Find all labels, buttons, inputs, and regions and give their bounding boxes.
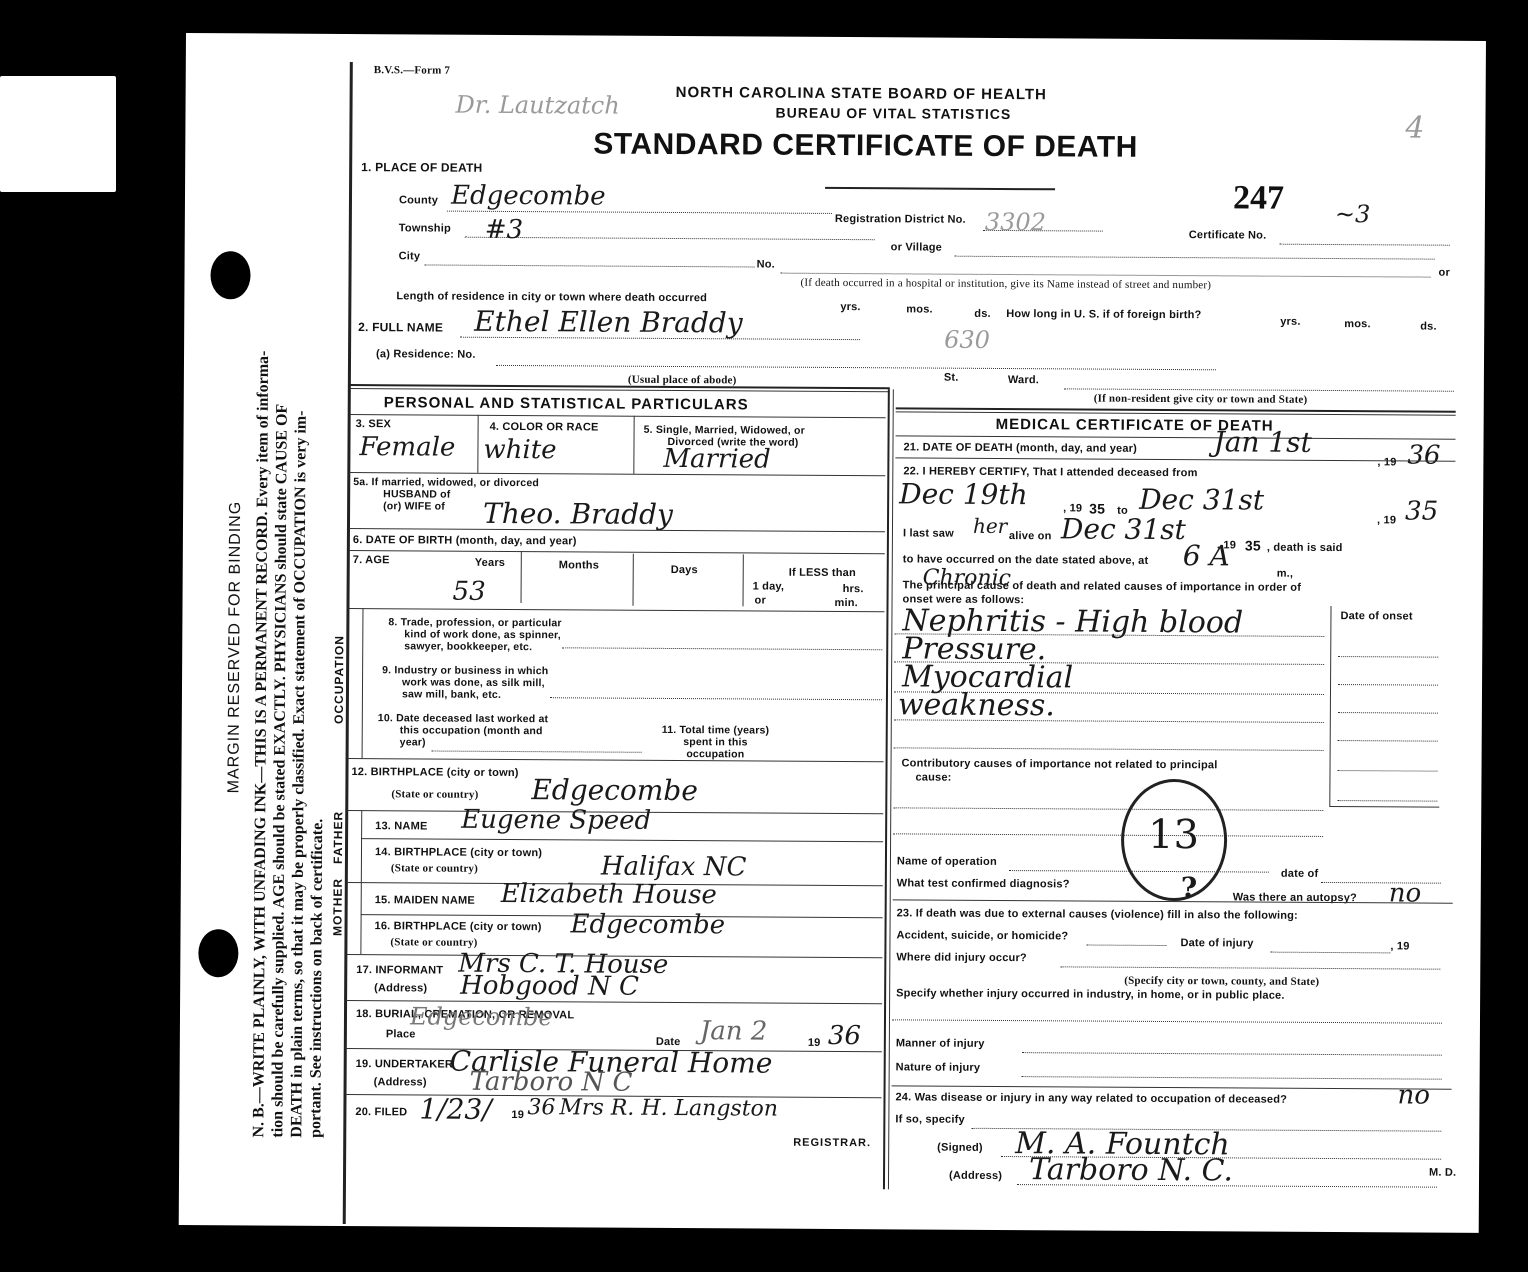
q10-line-field [432,751,642,753]
birthplace-label: 12. BIRTHPLACE (city or town) [351,766,518,779]
cell-divider [362,608,364,758]
residence-label: (a) Residence: No. [376,348,476,361]
physician-address-label: (Address) [949,1170,1002,1182]
last-saw-year: 35 [1245,537,1261,553]
scanner-tab [0,76,116,192]
city-line [425,264,755,267]
q10-line: this occupation (month and [378,724,548,737]
corner-mark: 4 [1405,110,1424,145]
specify-place-note: (Specify city or town, county, and State… [1124,975,1319,988]
alive-on-label: alive on [1009,530,1052,542]
township-label: Township [399,222,451,234]
row-line [350,414,886,418]
q10-line: year) [378,736,548,749]
onset-line [1338,712,1438,714]
less-than-day: 1 day, [753,580,785,592]
foreign-ds-label: ds. [1420,321,1437,333]
years-label: Years [475,557,505,569]
accident-line [1086,945,1166,946]
filed-value: 1/23/ [419,1092,492,1125]
q8-line-field [562,647,882,650]
time-value: 6 A [1183,539,1230,572]
injury-date-label: Date of injury [1180,937,1253,949]
dod-year-prefix: , 19 [1377,456,1396,468]
row-line [892,1085,1452,1089]
q11-line: occupation [662,748,770,761]
nonresident-note: (If non-resident give city or town and S… [1094,393,1308,406]
cell-divider [633,416,634,474]
date-of-onset-label: Date of onset [1340,610,1412,622]
county-value: Edgecombe [451,181,606,212]
filed-label: 20. FILED [355,1106,407,1118]
full-name-value: Ethel Ellen Braddy [474,305,743,340]
attended-from-value: Dec 19th [899,477,1028,511]
test-label: What test confirmed diagnosis? [897,877,1070,890]
mother-birthplace-label: 16. BIRTHPLACE (city or town) [375,920,542,933]
test-value: ? [1181,871,1198,904]
sex-label: 3. SEX [356,418,392,430]
undertaker-label: 19. UNDERTAKER [356,1058,453,1071]
residence-line [496,365,1216,370]
marital-value: Married [663,444,771,475]
township-line [465,237,875,241]
cause-overwrite: Chronic [923,566,1011,592]
occupation-side-label: OCCUPATION [332,635,347,724]
q9-line: 9. Industry or business in which [382,664,548,677]
burial-date-value: Jan 2 [700,1016,768,1046]
last-saw-date: Dec 31st [1061,512,1186,546]
nature-line [1022,1076,1442,1080]
cell-divider [360,882,361,954]
row-line [349,550,885,554]
contrib-line [893,807,1323,811]
spouse-value: Theo. Braddy [483,497,673,531]
father-side-label: FATHER [331,811,345,864]
mother-maiden-value: Elizabeth House [501,879,717,910]
mother-birthplace-value: Edgecombe [570,909,725,940]
undertaker-address-value: Tarboro N C [470,1067,633,1098]
father-birthplace-label: 14. BIRTHPLACE (city or town) [375,846,542,859]
q9-label: 9. Industry or business in which work wa… [382,664,548,701]
residence-st-label: St. [944,372,959,384]
days-label: Days [671,564,698,576]
street-no-label: No. [757,258,775,270]
q9-line-field [550,697,882,700]
operation-label: Name of operation [897,855,997,868]
registration-district-label: Registration District No. [835,213,966,226]
q23-label: 23. If death was due to external causes … [897,907,1298,921]
onset-divider [1329,606,1331,806]
foreign-birth-label: How long in U. S. if of foreign birth? [1006,308,1201,321]
informant-address-label: (Address) [374,982,427,994]
birthplace-value: Edgecombe [531,773,698,807]
margin-instructions: N. B.—WRITE PLAINLY, WITH UNFADING INK—T… [249,351,330,1138]
personal-section-title: PERSONAL AND STATISTICAL PARTICULARS [384,394,749,413]
usual-abode-note: (Usual place of abode) [628,374,737,387]
filed-year-value: 36 [527,1095,555,1120]
manner-line [1022,1052,1442,1056]
q8-line: sawyer, bookkeeper, etc. [388,640,561,653]
q11-line: 11. Total time (years) [662,724,770,737]
burial-year-prefix: 19 [808,1037,821,1049]
contrib-line [893,833,1323,837]
dod-year: 36 [1407,440,1440,470]
burial-place-value: Edgecombe [410,1002,553,1031]
father-state-label: (State or country) [391,862,478,875]
location-line [892,1019,1442,1023]
age-label: 7. AGE [353,554,390,566]
spouse-label-2: HUSBAND of [383,488,450,500]
q10-label: 10. Date deceased last worked at this oc… [378,712,549,749]
race-label: 4. COLOR OR RACE [490,421,599,434]
row-line [896,435,1456,439]
onset-bottom [1329,806,1439,808]
township-value: #3 [485,215,524,245]
q9-line: work was done, as silk mill, [382,676,548,689]
q8-label: 8. Trade, profession, or particular kind… [388,616,562,653]
residence-yrs-label: yrs. [840,301,860,313]
title-underline [825,187,1055,190]
q8-line: kind of work done, as spinner, [388,628,561,641]
m-label: m., [1277,568,1294,580]
or-village-label: or Village [891,241,942,253]
ward-line [1064,388,1454,391]
q11-label: 11. Total time (years) spent in this occ… [662,724,770,761]
row-line [348,758,884,762]
father-name-label: 13. NAME [375,820,427,832]
foreign-yrs-label: yrs. [1280,316,1300,328]
form-id: B.V.S.—Form 7 [374,64,450,76]
faint-number: 630 [944,326,990,354]
residence-mos-label: mos. [906,303,933,315]
nature-label: Nature of injury [896,1061,981,1074]
certificate-suffix: ~3 [1335,200,1371,228]
operation-date-label: date of [1281,868,1319,880]
hospital-note: (If death occurred in a hospital or inst… [800,277,1211,292]
birthplace-state-label: (State or country) [391,788,478,801]
agency-name: NORTH CAROLINA STATE BOARD OF HEALTH [676,84,1047,103]
operation-date-line [1321,882,1441,884]
village-line [955,256,1435,260]
to-year: 35 [1405,496,1438,526]
accident-label: Accident, suicide, or homicide? [896,929,1068,942]
mother-state-label: (State or country) [390,936,477,949]
informant-address-value: Hobgood N C [460,971,639,1002]
burial-year-value: 36 [828,1021,861,1051]
county-label: County [399,194,438,206]
residence-ward-label: Ward. [1008,374,1039,386]
registration-district-value: 3302 [985,208,1046,236]
onset-line [1338,656,1438,658]
spouse-label-1: 5a. If married, widowed, or divorced [353,476,539,489]
county-line [447,211,832,214]
dod-value: Jan 1st [1213,425,1311,459]
certificate-no-line [1280,244,1450,246]
contributory-label-2: cause: [915,771,951,783]
punch-hole-top [210,251,250,299]
cell-divider [361,810,362,882]
residence-length-label: Length of residence in city or town wher… [396,290,707,304]
bureau-name: BUREAU OF VITAL STATISTICS [775,105,1011,122]
q24-label: 24. Was disease or injury in any way rel… [895,1091,1287,1105]
certificate-no-label: Certificate No. [1189,229,1267,241]
punch-hole-bottom [198,929,238,977]
hrs-label: hrs. [843,583,864,595]
onset-line [1337,800,1437,802]
city-label: City [399,250,421,262]
last-saw-label: I last saw [903,527,954,539]
full-name-label: 2. FULL NAME [358,320,443,335]
filed-year-prefix: 19 [511,1109,524,1121]
injury-year-prefix: , 19 [1390,940,1409,952]
q8-line: 8. Trade, profession, or particular [388,616,561,629]
injury-location-label: Specify whether injury occurred in indus… [896,987,1285,1001]
foreign-mos-label: mos. [1344,318,1371,330]
row-line [361,838,883,842]
onset-line [1338,684,1438,686]
cell-divider [477,415,478,473]
mother-maiden-label: 15. MAIDEN NAME [375,894,475,907]
attended-to-value: Dec 31st [1139,483,1264,517]
autopsy-value: no [1389,878,1422,908]
registrar-label: REGISTRAR. [793,1137,871,1149]
physician-address-value: Tarboro N. C. [1029,1152,1233,1188]
informant-label: 17. INFORMANT [356,964,443,977]
min-label: min. [834,597,857,609]
onset-line [1338,740,1438,742]
contributory-label-1: Contributory causes of importance not re… [902,757,1218,771]
marital-label-1: 5. Single, Married, Widowed, or [644,424,805,437]
q24-value: no [1397,1080,1430,1110]
less-than-or: or [755,594,766,606]
circled-mark-text: 13 [1148,812,1199,858]
row-line [348,608,884,612]
q10-line: 10. Date deceased last worked at [378,712,548,725]
sex-value: Female [359,432,455,463]
q11-line: spent in this [662,736,770,749]
undertaker-address-label: (Address) [374,1076,427,1088]
years-value: 53 [453,577,486,607]
if-so-label: If so, specify [895,1113,965,1125]
father-birthplace-value: Halifax NC [601,852,747,883]
spouse-label-3: (or) WIFE of [383,500,445,512]
cell-divider [633,554,634,606]
cell-divider [521,551,522,603]
or-label: or [1439,267,1450,279]
md-label: M. D. [1429,1167,1456,1179]
q9-line: saw mill, bank, etc. [382,688,548,701]
row-line [895,457,1455,461]
last-saw-pronoun: her [973,514,1007,538]
cause-line-4: weakness. [898,687,1055,723]
certificate-title: STANDARD CERTIFICATE OF DEATH [593,127,1138,164]
cause-line [894,747,1324,751]
where-line [1060,966,1440,969]
race-value: white [483,435,556,465]
onset-line [1338,770,1438,772]
residence-ds-label: ds. [974,308,991,320]
injury-date-line [1270,952,1390,954]
circled-mark: 13 [1121,779,1228,902]
dob-label: 6. DATE OF BIRTH (month, day, and year) [353,534,577,547]
manner-label: Manner of injury [896,1037,985,1050]
to-year-prefix: , 19 [1377,514,1396,526]
cell-divider [743,554,744,606]
faint-annotation: Dr. Lautzatch [455,91,619,120]
dod-label: 21. DATE OF DEATH (month, day, and year) [903,441,1137,454]
father-name-value: Eugene Speed [461,805,651,836]
place-of-death-label: 1. PLACE OF DEATH [361,160,482,175]
certificate-stamp: 247 [1233,179,1284,217]
registrar-signature: Mrs R. H. Langston [559,1095,778,1121]
mother-side-label: MOTHER [330,878,344,936]
where-label: Where did injury occur? [896,951,1027,964]
death-certificate: MARGIN RESERVED FOR BINDING N. B.—WRITE … [179,33,1486,1233]
less-than-label: If LESS than [789,567,856,579]
months-label: Months [559,559,599,571]
death-said-label: , death is said [1267,542,1343,554]
binding-margin-label: MARGIN RESERVED FOR BINDING [225,501,245,794]
signed-label: (Signed) [937,1142,983,1154]
